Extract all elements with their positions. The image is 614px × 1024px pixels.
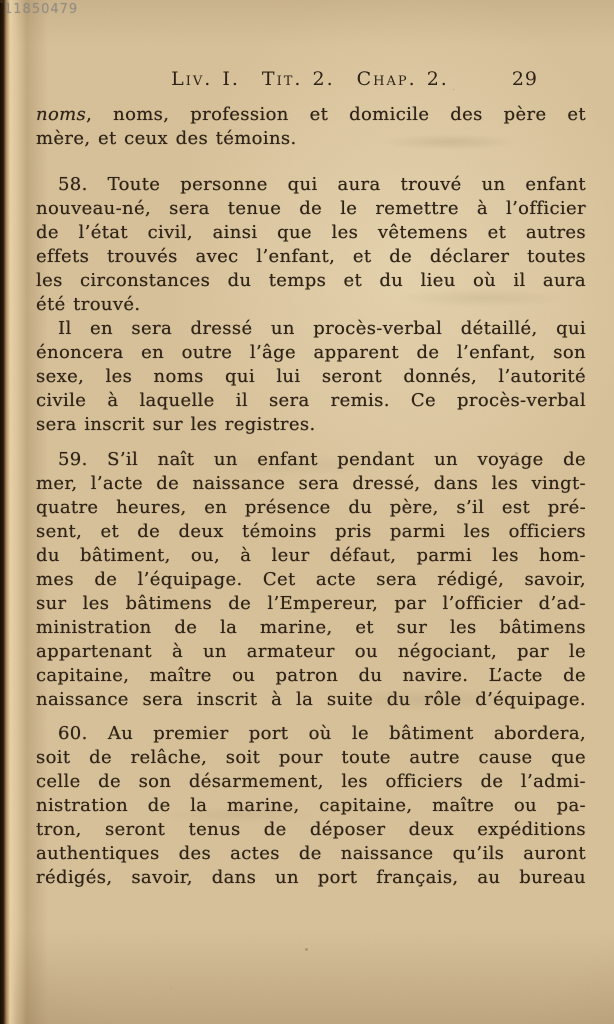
text-line: soit de relâche, soit pour toute autre c… [36, 746, 586, 770]
text-line: sur les bâtimens de l’Empereur, par l’of… [36, 592, 586, 616]
text-line: quatre heures, en présence du père, s’il… [36, 496, 586, 520]
scanned-book-page: 11850479 Liv. I.Tit. 2.Chap. 2. 29 noms,… [0, 0, 614, 1024]
text-line: mes de l’équipage. Cet acte sera rédigé,… [36, 568, 586, 592]
page-content: Liv. I.Tit. 2.Chap. 2. 29 noms, noms, pr… [0, 0, 614, 890]
text-line: rédigés, savoir, dans un port français, … [36, 866, 586, 890]
text-line: civile à laquelle il sera remis. Ce proc… [36, 389, 586, 413]
text-line: capitaine, maître ou patron du navire. L… [36, 664, 586, 688]
text-line: effets trouvés avec l’enfant, et de décl… [36, 245, 586, 269]
paragraph-article-58: 58. Toute personne qui aura trouvé un en… [36, 173, 586, 317]
header-title-seg: Tit. 2. [262, 68, 335, 90]
paragraph-article-60: 60. Au premier port où le bâtiment abord… [36, 722, 586, 890]
text-line: les circonstances du temps et du lieu où… [36, 269, 586, 293]
paragraph-continuation: noms, noms, profession et domicile des p… [36, 103, 586, 151]
text-line: nistration de la marine, capitaine, maît… [36, 794, 586, 818]
italic-word: noms [36, 104, 86, 125]
text-line: de l’état civil, ainsi que les vêtemens … [36, 221, 586, 245]
text-line: celle de son désarmement, les officiers … [36, 770, 586, 794]
header-book: Liv. I. [171, 68, 240, 90]
paragraph-article-59: 59. S’il naît un enfant pendant un voyag… [36, 448, 586, 712]
text-line: du bâtiment, ou, à leur défaut, parmi le… [36, 544, 586, 568]
text-line: naissance sera inscrit à la suite du rôl… [36, 688, 586, 712]
header-chapter: Chap. 2. [357, 68, 449, 90]
text-line: nouveau-né, sera tenue de le remettre à … [36, 197, 586, 221]
text-line: ministration de la marine, et sur les bâ… [36, 616, 586, 640]
page-number: 29 [512, 68, 538, 90]
text-line: sexe, les noms qui lui seront donnés, l’… [36, 365, 586, 389]
paragraph-proces-verbal: Il en sera dressé un procès-verbal détai… [36, 317, 586, 437]
text-line: mer, l’acte de naissance sera dressé, da… [36, 472, 586, 496]
body-text: noms, noms, profession et domicile des p… [36, 103, 586, 890]
text-line: sent, et de deux témoins pris parmi les … [36, 520, 586, 544]
text-line: Il en sera dressé un procès-verbal détai… [36, 317, 586, 341]
text-line: appartenant à un armateur ou négociant, … [36, 640, 586, 664]
text-line: authentiques des actes de naissance qu’i… [36, 842, 586, 866]
text-line: 59. S’il naît un enfant pendant un voyag… [36, 448, 586, 472]
text-line: 58. Toute personne qui aura trouvé un en… [36, 173, 586, 197]
text-line: 60. Au premier port où le bâtiment abord… [36, 722, 586, 746]
line-text: , noms, profession et domicile des père … [86, 104, 586, 125]
text-line: été trouvé. [36, 293, 586, 317]
header-title: Liv. I.Tit. 2.Chap. 2. [36, 68, 584, 90]
text-line: tron, seront tenus de déposer deux expéd… [36, 818, 586, 842]
text-line: énoncera en outre l’âge apparent de l’en… [36, 341, 586, 365]
text-line: mère, et ceux des témoins. [36, 127, 586, 151]
running-header: Liv. I.Tit. 2.Chap. 2. 29 [36, 68, 584, 94]
text-line: noms, noms, profession et domicile des p… [36, 103, 586, 127]
text-line: sera inscrit sur les registres. [36, 413, 586, 437]
